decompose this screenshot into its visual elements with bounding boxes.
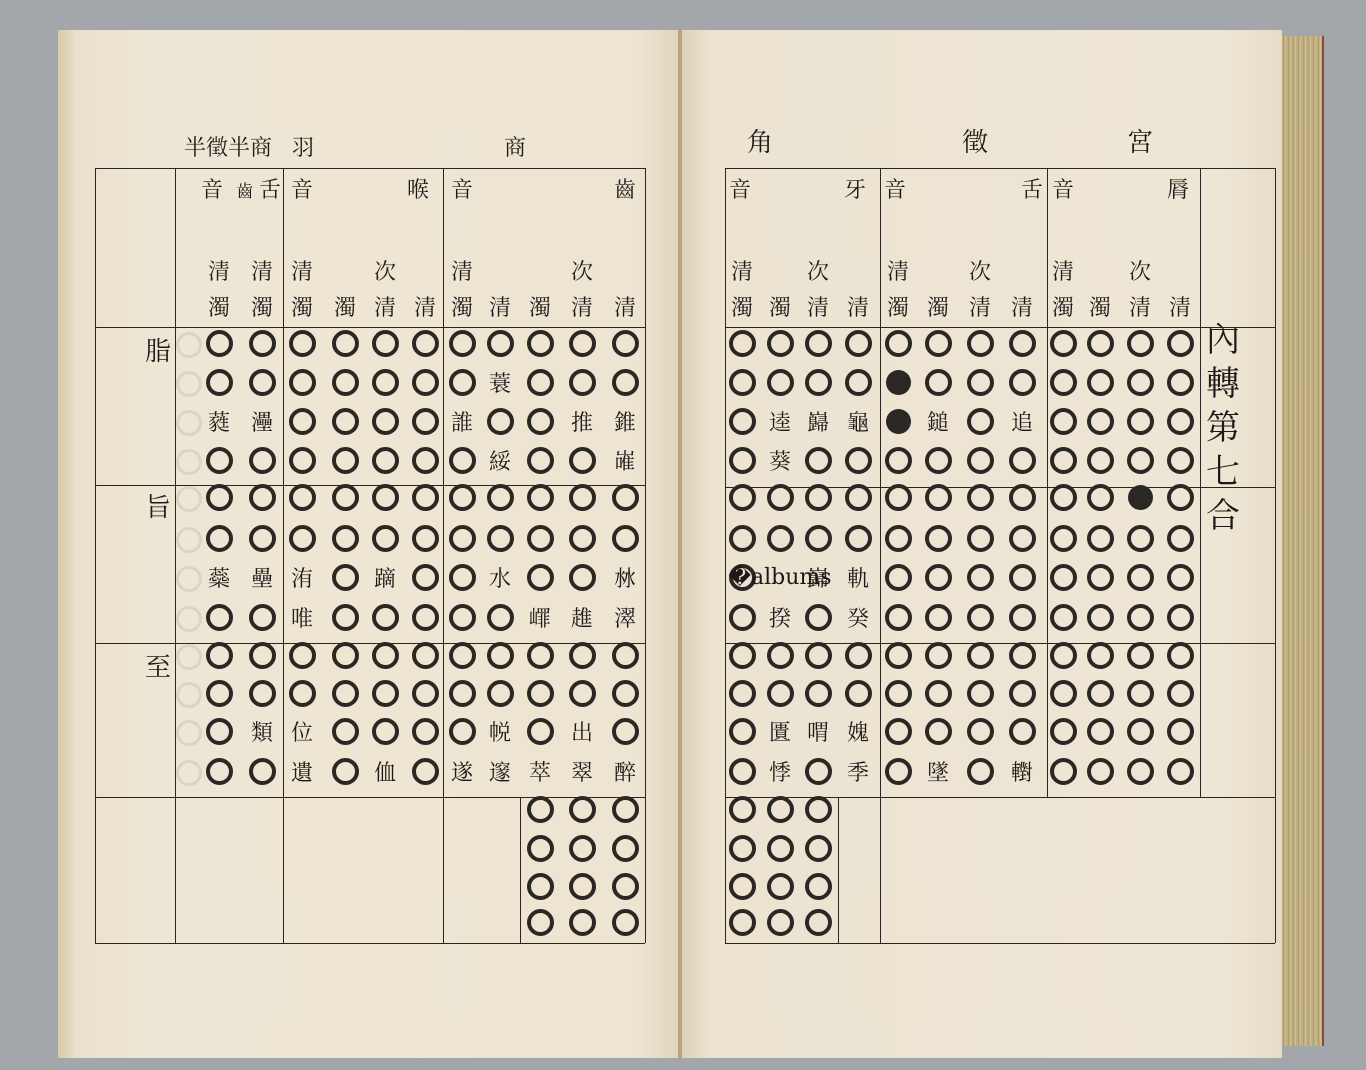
rhyme-character: 沝 <box>614 562 636 593</box>
circle-icon <box>412 330 439 357</box>
circle-icon <box>805 835 832 862</box>
circle-icon <box>805 330 832 357</box>
character-cell: 龜 <box>843 406 873 436</box>
circle-icon <box>925 369 952 396</box>
circle-icon <box>206 447 233 474</box>
rhyme-character: 灅 <box>251 406 273 437</box>
circle-icon <box>729 758 756 785</box>
circle-icon <box>206 525 233 552</box>
empty-circle <box>610 833 640 863</box>
circle-icon <box>206 718 233 745</box>
empty-circle <box>447 482 477 512</box>
circle-icon <box>206 642 233 669</box>
title-char: 內 <box>1188 318 1258 362</box>
circle-icon <box>249 642 276 669</box>
empty-circle <box>447 523 477 553</box>
group-header-right: 喉 <box>406 180 430 202</box>
empty-circle <box>330 328 360 358</box>
character-cell: 出 <box>567 716 597 746</box>
empty-circle <box>1125 406 1155 436</box>
empty-circle <box>330 445 360 475</box>
empty-circle <box>1085 756 1115 786</box>
empty-circle <box>447 640 477 670</box>
empty-circle <box>1085 678 1115 708</box>
empty-circle <box>204 367 234 397</box>
circle-icon <box>925 680 952 707</box>
circle-icon <box>885 330 912 357</box>
rhyme-character: 醉 <box>614 756 636 787</box>
empty-circle <box>567 640 597 670</box>
rhyme-character: 水 <box>489 562 511 593</box>
circle-icon <box>249 330 276 357</box>
empty-circle <box>370 716 400 746</box>
circle-icon <box>967 369 994 396</box>
circle-icon <box>249 680 276 707</box>
circle-icon <box>1009 525 1036 552</box>
empty-circle <box>965 406 995 436</box>
circle-icon <box>372 369 399 396</box>
empty-circle <box>370 445 400 475</box>
circle-icon <box>249 604 276 631</box>
empty-circle <box>247 367 277 397</box>
empty-circle <box>247 756 277 786</box>
circle-icon <box>925 525 952 552</box>
circle-icon <box>412 447 439 474</box>
rhyme-character: 壘 <box>251 562 273 593</box>
empty-circle <box>204 482 234 512</box>
empty-circle <box>410 328 440 358</box>
circle-icon <box>332 447 359 474</box>
circle-icon <box>1050 447 1077 474</box>
title-char: 合 <box>1188 494 1258 538</box>
column-header: 清 <box>886 262 910 284</box>
empty-circle <box>883 445 913 475</box>
character-cell: 蕤 <box>204 406 234 436</box>
rhyme-character: 趡 <box>571 602 593 633</box>
character-cell: 錐 <box>610 406 640 436</box>
group-header-left: 音 <box>1051 180 1075 202</box>
circle-icon <box>967 525 994 552</box>
empty-circle <box>883 678 913 708</box>
empty-circle <box>1125 367 1155 397</box>
empty-circle <box>765 482 795 512</box>
character-cell: 綏 <box>485 445 515 475</box>
rhyme-character: 錐 <box>614 406 636 437</box>
chart-title: 內 轉 第 七 合 <box>1188 318 1258 538</box>
empty-circle <box>1007 716 1037 746</box>
column-header: 濁 <box>926 298 950 320</box>
circle-icon <box>612 369 639 396</box>
empty-circle <box>727 445 757 475</box>
column-header: 濁 <box>1088 298 1112 320</box>
character-cell: 嶵 <box>525 602 555 632</box>
column-header: 濁 <box>207 298 231 320</box>
character-cell: 侐 <box>370 756 400 786</box>
empty-circle <box>883 756 913 786</box>
empty-circle <box>525 367 555 397</box>
rhyme-character: 邃 <box>489 756 511 787</box>
empty-circle <box>1007 678 1037 708</box>
empty-circle <box>525 523 555 553</box>
empty-circle <box>287 523 317 553</box>
empty-circle <box>765 678 795 708</box>
empty-circle <box>204 678 234 708</box>
empty-circle <box>1165 602 1195 632</box>
show-through-circle <box>176 720 202 746</box>
circle-icon <box>1050 525 1077 552</box>
empty-circle <box>567 367 597 397</box>
circle-icon <box>612 525 639 552</box>
character-cell: 邃 <box>485 756 515 786</box>
circle-icon <box>845 447 872 474</box>
column-header: 濁 <box>1051 298 1075 320</box>
empty-circle <box>447 328 477 358</box>
circle-icon <box>449 718 476 745</box>
rhyme-character: 蕤 <box>208 406 230 437</box>
empty-circle <box>610 367 640 397</box>
empty-circle <box>883 602 913 632</box>
empty-circle <box>803 794 833 824</box>
empty-circle <box>330 756 360 786</box>
empty-circle <box>1125 445 1155 475</box>
column-header: 清 <box>846 298 870 320</box>
character-cell: 軌 <box>843 562 873 592</box>
empty-circle <box>843 523 873 553</box>
circle-icon <box>885 718 912 745</box>
empty-circle <box>330 562 360 592</box>
empty-circle <box>204 602 234 632</box>
circle-icon <box>729 330 756 357</box>
column-header: 清 <box>450 262 474 284</box>
empty-circle <box>803 833 833 863</box>
circle-icon <box>612 873 639 900</box>
empty-circle <box>727 328 757 358</box>
circle-icon <box>372 718 399 745</box>
empty-circle <box>410 640 440 670</box>
empty-circle <box>525 871 555 901</box>
group-header-left: 音 <box>290 180 314 202</box>
group-header-right: 舌 <box>258 180 282 202</box>
empty-circle <box>610 716 640 746</box>
circle-icon <box>1127 408 1154 435</box>
rhyme-character: 誰 <box>451 406 473 437</box>
filled-circle <box>883 367 913 397</box>
rhyme-character: 帨 <box>489 716 511 747</box>
empty-circle <box>410 445 440 475</box>
circle-icon <box>1009 447 1036 474</box>
rule-line <box>283 168 284 943</box>
column-header: 次 <box>570 262 594 284</box>
empty-circle <box>923 482 953 512</box>
show-through-circle <box>176 371 202 397</box>
empty-circle <box>803 640 833 670</box>
empty-circle <box>965 562 995 592</box>
circle-icon <box>612 835 639 862</box>
character-cell: 喟 <box>803 716 833 746</box>
empty-circle <box>843 482 873 512</box>
circle-icon <box>206 604 233 631</box>
circle-icon <box>1009 484 1036 511</box>
circle-icon <box>527 835 554 862</box>
circle-icon <box>289 408 316 435</box>
character-cell: 墜 <box>923 756 953 786</box>
empty-circle <box>727 871 757 901</box>
rule-line <box>95 168 645 169</box>
empty-circle <box>1165 756 1195 786</box>
tone-header: 徵 <box>945 130 1005 156</box>
circle-icon <box>1050 718 1077 745</box>
circle-icon <box>1009 369 1036 396</box>
empty-circle <box>965 678 995 708</box>
rhyme-character: 蹢 <box>374 562 396 593</box>
circle-icon <box>487 408 514 435</box>
empty-circle <box>923 445 953 475</box>
circle-icon <box>1050 758 1077 785</box>
rhyme-character: 綏 <box>489 445 511 476</box>
group-header-right: 脣 <box>1166 180 1190 202</box>
rule-line <box>645 168 646 943</box>
empty-circle <box>1048 716 1078 746</box>
empty-circle <box>965 716 995 746</box>
filled-circle <box>1125 482 1155 512</box>
empty-circle <box>610 482 640 512</box>
circle-icon <box>206 484 233 511</box>
character-cell: 位 <box>287 716 317 746</box>
empty-circle <box>1007 602 1037 632</box>
empty-circle <box>765 794 795 824</box>
circle-icon <box>729 408 756 435</box>
circle-icon <box>332 408 359 435</box>
circle-icon <box>1050 330 1077 357</box>
show-through-circle <box>176 410 202 436</box>
empty-circle <box>883 523 913 553</box>
circle-icon <box>1127 525 1154 552</box>
empty-circle <box>803 445 833 475</box>
circle-icon <box>925 642 952 669</box>
character-cell: 巋 <box>803 406 833 436</box>
circle-icon <box>1009 330 1036 357</box>
circle-icon <box>967 680 994 707</box>
empty-circle <box>883 328 913 358</box>
circle-icon <box>1087 564 1114 591</box>
rhyme-character: 侐 <box>374 756 396 787</box>
circle-icon <box>1167 642 1194 669</box>
circle-icon <box>449 564 476 591</box>
circle-icon <box>1050 369 1077 396</box>
column-header: 清 <box>613 298 637 320</box>
circle-icon <box>805 796 832 823</box>
empty-circle <box>287 367 317 397</box>
rhyme-character: 推 <box>571 406 593 437</box>
empty-circle <box>525 328 555 358</box>
circle-icon <box>1009 718 1036 745</box>
circle-icon <box>885 758 912 785</box>
empty-circle <box>1048 523 1078 553</box>
empty-circle <box>447 367 477 397</box>
circle-icon <box>487 484 514 511</box>
circle-icon <box>1087 484 1114 511</box>
circle-icon <box>767 680 794 707</box>
empty-circle <box>803 328 833 358</box>
group-header-mid: 齒 <box>233 184 257 201</box>
circle-icon <box>249 447 276 474</box>
rhyme-character: 蘂 <box>208 562 230 593</box>
empty-circle <box>883 716 913 746</box>
column-header: 濁 <box>730 298 754 320</box>
filled-circle-icon <box>886 409 911 434</box>
empty-circle <box>1085 367 1115 397</box>
circle-icon <box>729 484 756 511</box>
page-edges <box>1282 36 1324 1046</box>
circle-icon <box>1087 408 1114 435</box>
empty-circle <box>485 482 515 512</box>
circle-icon <box>805 525 832 552</box>
character-cell: 追 <box>1007 406 1037 436</box>
circle-icon <box>1127 564 1154 591</box>
empty-circle <box>1007 523 1037 553</box>
empty-circle <box>1007 328 1037 358</box>
circle-icon <box>1009 642 1036 669</box>
circle-icon <box>805 447 832 474</box>
circle-icon <box>805 758 832 785</box>
empty-circle <box>1125 328 1155 358</box>
circle-icon <box>487 604 514 631</box>
empty-circle <box>923 602 953 632</box>
rule-line <box>725 168 1275 169</box>
empty-circle <box>923 640 953 670</box>
empty-circle <box>370 482 400 512</box>
circle-icon <box>805 680 832 707</box>
circle-icon <box>569 447 596 474</box>
rhyme-character: 悸 <box>769 756 791 787</box>
empty-circle <box>1048 482 1078 512</box>
empty-circle <box>525 482 555 512</box>
empty-circle <box>843 328 873 358</box>
rule-line <box>838 797 839 943</box>
circle-icon <box>372 447 399 474</box>
column-header: 次 <box>373 262 397 284</box>
empty-circle <box>1085 523 1115 553</box>
circle-icon <box>372 408 399 435</box>
circle-icon <box>372 680 399 707</box>
circle-icon <box>412 525 439 552</box>
empty-circle <box>1165 562 1195 592</box>
filled-circle-icon <box>886 370 911 395</box>
empty-circle <box>1048 328 1078 358</box>
empty-circle <box>803 871 833 901</box>
tone-header: 角 <box>730 130 790 156</box>
circle-icon <box>1167 604 1194 631</box>
circle-icon <box>967 484 994 511</box>
circle-icon <box>805 909 832 936</box>
circle-icon <box>569 796 596 823</box>
empty-circle <box>370 523 400 553</box>
circle-icon <box>967 447 994 474</box>
empty-circle <box>923 562 953 592</box>
empty-circle <box>330 406 360 436</box>
empty-circle <box>923 523 953 553</box>
circle-icon <box>412 484 439 511</box>
empty-circle <box>765 907 795 937</box>
circle-icon <box>1127 718 1154 745</box>
circle-icon <box>449 369 476 396</box>
rule-line <box>725 943 1275 944</box>
circle-icon <box>569 680 596 707</box>
character-cell: 醉 <box>610 756 640 786</box>
empty-circle <box>525 445 555 475</box>
empty-circle <box>330 602 360 632</box>
character-cell: 匱 <box>765 716 795 746</box>
circle-icon <box>332 718 359 745</box>
character-cell: 翠 <box>567 756 597 786</box>
empty-circle <box>204 523 234 553</box>
rule-line <box>95 943 645 944</box>
empty-circle <box>883 562 913 592</box>
empty-circle <box>803 367 833 397</box>
empty-circle <box>965 523 995 553</box>
character-cell: 洧 <box>287 562 317 592</box>
empty-circle <box>803 756 833 786</box>
column-header: 清 <box>1051 262 1075 284</box>
empty-circle <box>525 907 555 937</box>
empty-circle <box>410 406 440 436</box>
column-header: 清 <box>570 298 594 320</box>
empty-circle <box>567 907 597 937</box>
circle-icon <box>332 680 359 707</box>
empty-circle <box>1048 406 1078 436</box>
empty-circle <box>330 716 360 746</box>
empty-circle <box>843 367 873 397</box>
character-cell: 悸 <box>765 756 795 786</box>
empty-circle <box>1007 482 1037 512</box>
group-header-left: 音 <box>728 180 752 202</box>
rule-line <box>443 168 444 943</box>
circle-icon <box>332 525 359 552</box>
empty-circle <box>727 640 757 670</box>
character-cell: 逵 <box>765 406 795 436</box>
circle-icon <box>805 873 832 900</box>
column-header: 清 <box>730 262 754 284</box>
empty-circle <box>765 640 795 670</box>
empty-circle <box>330 678 360 708</box>
show-through-circle <box>176 332 202 358</box>
circle-icon <box>372 604 399 631</box>
empty-circle <box>727 833 757 863</box>
empty-circle <box>803 482 833 512</box>
character-cell: �albums <box>765 562 795 592</box>
empty-circle <box>287 678 317 708</box>
circle-icon <box>925 604 952 631</box>
circle-icon <box>767 642 794 669</box>
circle-icon <box>967 604 994 631</box>
rhyme-character: 癸 <box>847 602 869 633</box>
group-header-right: 舌 <box>1020 180 1044 202</box>
circle-icon <box>805 642 832 669</box>
empty-circle <box>447 716 477 746</box>
circle-icon <box>569 873 596 900</box>
circle-icon <box>412 604 439 631</box>
empty-circle <box>525 678 555 708</box>
empty-circle <box>287 328 317 358</box>
row-label: 至 <box>140 655 176 681</box>
circle-icon <box>527 642 554 669</box>
group-header-right: 齒 <box>613 180 637 202</box>
column-header: 濁 <box>886 298 910 320</box>
column-header: 次 <box>968 262 992 284</box>
circle-icon <box>372 484 399 511</box>
column-header: 清 <box>207 262 231 284</box>
circle-icon <box>1127 369 1154 396</box>
